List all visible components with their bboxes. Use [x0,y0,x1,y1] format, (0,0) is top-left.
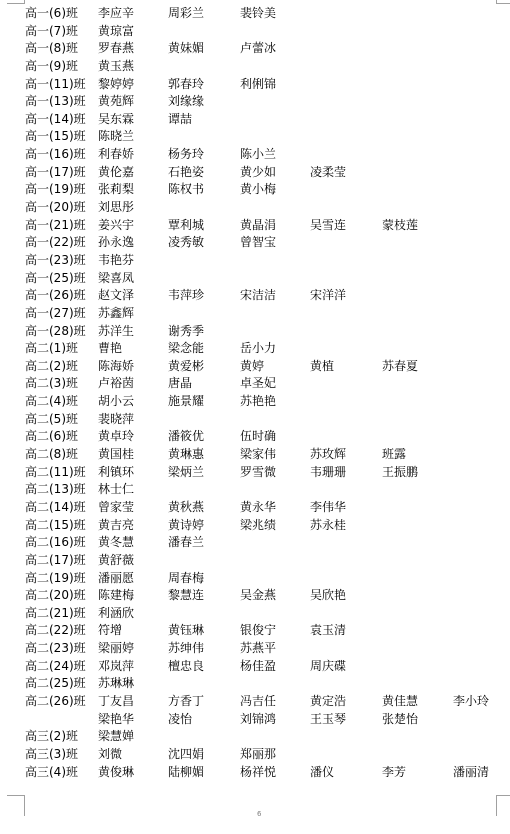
class-label: 高二(5)班 [25,411,78,429]
class-label: 高三(2)班 [25,728,78,746]
list-row: 高二(21)班利涵欣 [0,605,510,623]
student-name: 黄小梅 [240,181,276,199]
student-name: 银俊宁 [240,622,276,640]
class-label: 高一(20)班 [25,199,86,217]
student-name: 黄钰琳 [168,622,204,640]
student-name: 梁兆绩 [240,517,276,535]
student-name: 黄苑辉 [98,93,134,111]
student-name: 罗雪微 [240,464,276,482]
list-row: 高二(5)班裴晓萍 [0,411,510,429]
class-label: 高一(16)班 [25,146,86,164]
crop-mark-top-right [496,0,510,4]
student-name: 曾家莹 [98,499,134,517]
student-name: 陆柳媚 [168,764,204,782]
student-name: 施景耀 [168,393,204,411]
class-label: 高二(20)班 [25,587,86,605]
student-name: 岳小力 [240,340,276,358]
list-row: 高二(2)班陈海娇黄爱彬黄婷黄植苏春夏 [0,358,510,376]
student-name: 苏燕平 [240,640,276,658]
student-name: 刘思彤 [98,199,134,217]
student-name: 黄俊琳 [98,764,134,782]
class-label: 高一(26)班 [25,287,86,305]
student-name: 谭喆 [168,111,192,129]
student-name: 李应辛 [98,5,134,23]
class-label: 高二(26)班 [25,693,86,711]
student-name: 宋洁洁 [240,287,276,305]
student-name: 刘缘缘 [168,93,204,111]
list-row: 高二(26)班丁友昌方香丁冯吉任黄定浩黄佳慧李小玲 [0,693,510,711]
student-name: 刘锦鸿 [240,711,276,729]
student-name: 黄佳慧 [382,693,418,711]
student-name: 潘丽清 [453,764,489,782]
list-row: 高二(25)班苏琳琳 [0,675,510,693]
list-row: 高二(15)班黄吉亮黄诗婷梁兆绩苏永桂 [0,517,510,535]
student-name: 梁丽婷 [98,640,134,658]
student-name: 方香丁 [168,693,204,711]
list-row: 高一(19)班张莉梨陈权书黄小梅 [0,181,510,199]
list-row: 高二(11)班利镇环梁炳兰罗雪微韦珊珊王振鹏 [0,464,510,482]
student-name: 黄爱彬 [168,358,204,376]
class-label: 高二(1)班 [25,340,78,358]
student-name: 杨务玲 [168,146,204,164]
class-label: 高二(17)班 [25,552,86,570]
class-label: 高二(25)班 [25,675,86,693]
student-name: 冯吉任 [240,693,276,711]
student-name: 黎慧连 [168,587,204,605]
student-name: 李芳 [382,764,406,782]
list-row: 高二(19)班潘丽愿周春梅 [0,570,510,588]
list-row: 高二(20)班陈建梅黎慧连吴金燕吴欣艳 [0,587,510,605]
student-name: 李伟华 [310,499,346,517]
student-name: 韦珊珊 [310,464,346,482]
student-name: 陈小兰 [240,146,276,164]
list-row: 高一(13)班黄苑辉刘缘缘 [0,93,510,111]
student-name: 裴晓萍 [98,411,134,429]
list-row: 高一(26)班赵文泽韦萍珍宋洁洁宋洋洋 [0,287,510,305]
class-label: 高二(23)班 [25,640,86,658]
list-row: 高一(11)班黎婷婷郭春玲利俐锦 [0,76,510,94]
class-label: 高三(3)班 [25,746,78,764]
list-row: 高一(28)班苏洋生谢秀季 [0,323,510,341]
list-row: 高一(6)班李应辛周彩兰裴铃美 [0,5,510,23]
class-label: 高二(16)班 [25,534,86,552]
list-row: 高一(14)班吴东霖谭喆 [0,111,510,129]
student-name: 陈海娇 [98,358,134,376]
class-label: 高一(9)班 [25,58,78,76]
student-name: 黄玉燕 [98,58,134,76]
student-name: 王玉琴 [310,711,346,729]
student-name: 蒙枝莲 [382,217,418,235]
student-name: 苏春夏 [382,358,418,376]
student-name: 韦艳芬 [98,252,134,270]
class-label: 高一(14)班 [25,111,86,129]
class-label: 高二(2)班 [25,358,78,376]
class-label: 高一(8)班 [25,40,78,58]
student-name: 利俐锦 [240,76,276,94]
student-name: 梁慧婵 [98,728,134,746]
class-label: 高二(3)班 [25,375,78,393]
student-name: 苏艳艳 [240,393,276,411]
student-name: 黄琳惠 [168,446,204,464]
class-label: 高二(22)班 [25,622,86,640]
student-name: 杨祥悦 [240,764,276,782]
student-name: 梁喜凤 [98,270,134,288]
student-name: 梁家伟 [240,446,276,464]
student-name: 赵文泽 [98,287,134,305]
student-name: 唐晶 [168,375,192,393]
list-row: 高一(17)班黄伦嘉石艳姿黄少如凌柔莹 [0,164,510,182]
student-name: 沈四娟 [168,746,204,764]
list-row: 高一(16)班利春娇杨务玲陈小兰 [0,146,510,164]
crop-mark-top-left [7,0,25,4]
list-row: 高一(20)班刘思彤 [0,199,510,217]
student-name: 曾智宝 [240,234,276,252]
student-name: 黄秋燕 [168,499,204,517]
list-row: 高二(24)班邓岚萍檀忠良杨佳盈周庆碟 [0,658,510,676]
list-row: 高二(14)班曾家莹黄秋燕黄永华李伟华 [0,499,510,517]
class-label: 高一(21)班 [25,217,86,235]
list-row: 高二(22)班符增黄钰琳银俊宁袁玉清 [0,622,510,640]
student-name: 吴雪连 [310,217,346,235]
crop-mark-bottom-right [496,795,510,816]
list-row: 高一(27)班苏鑫辉 [0,305,510,323]
student-name: 黄国桂 [98,446,134,464]
class-label: 高二(6)班 [25,428,78,446]
student-name: 梁艳华 [98,711,134,729]
student-name: 卢蕾冰 [240,40,276,58]
list-row: 高一(15)班陈晓兰 [0,128,510,146]
student-name: 刘微 [98,746,122,764]
student-name: 梁念能 [168,340,204,358]
student-name: 丁友昌 [98,693,134,711]
class-label: 高二(24)班 [25,658,86,676]
student-name: 黄永华 [240,499,276,517]
student-name: 郑丽那 [240,746,276,764]
list-row: 高一(22)班孙永逸凌秀敏曾智宝 [0,234,510,252]
student-name: 黄吉亮 [98,517,134,535]
student-name: 张楚怡 [382,711,418,729]
student-name: 利春娇 [98,146,134,164]
list-row: 高一(7)班黄琼富 [0,23,510,41]
class-name-list: 高一(6)班李应辛周彩兰裴铃美高一(7)班黄琼富高一(8)班罗春燕黄妹媚卢蕾冰高… [0,5,510,781]
student-name: 黄定浩 [310,693,346,711]
student-name: 黄冬慧 [98,534,134,552]
student-name: 杨佳盈 [240,658,276,676]
list-row: 梁艳华凌怡刘锦鸿王玉琴张楚怡 [0,711,510,729]
class-label: 高一(13)班 [25,93,86,111]
student-name: 王振鹏 [382,464,418,482]
class-label: 高二(13)班 [25,481,86,499]
student-name: 裴铃美 [240,5,276,23]
list-row: 高二(13)班林士仁 [0,481,510,499]
list-row: 高三(2)班梁慧婵 [0,728,510,746]
class-label: 高一(15)班 [25,128,86,146]
class-label: 高一(28)班 [25,323,86,341]
class-label: 高一(23)班 [25,252,86,270]
student-name: 袁玉清 [310,622,346,640]
student-name: 班露 [382,446,406,464]
student-name: 苏绅伟 [168,640,204,658]
student-name: 陈建梅 [98,587,134,605]
student-name: 邓岚萍 [98,658,134,676]
student-name: 林士仁 [98,481,134,499]
student-name: 黄舒薇 [98,552,134,570]
list-row: 高二(3)班卢裕茵唐晶卓圣妃 [0,375,510,393]
student-name: 卢裕茵 [98,375,134,393]
list-row: 高一(8)班罗春燕黄妹媚卢蕾冰 [0,40,510,58]
student-name: 黄卓玲 [98,428,134,446]
student-name: 周庆碟 [310,658,346,676]
student-name: 郭春玲 [168,76,204,94]
list-row: 高一(9)班黄玉燕 [0,58,510,76]
list-row: 高二(16)班黄冬慧潘春兰 [0,534,510,552]
student-name: 凌秀敏 [168,234,204,252]
student-name: 宋洋洋 [310,287,346,305]
list-row: 高二(23)班梁丽婷苏绅伟苏燕平 [0,640,510,658]
list-row: 高一(23)班韦艳芬 [0,252,510,270]
class-label: 高二(14)班 [25,499,86,517]
list-row: 高一(25)班梁喜凤 [0,270,510,288]
class-label: 高二(21)班 [25,605,86,623]
list-row: 高三(4)班黄俊琳陆柳媚杨祥悦潘仪李芳潘丽清 [0,764,510,782]
student-name: 黄少如 [240,164,276,182]
list-row: 高一(21)班姜兴宇覃利城黄晶涓吴雪连蒙枝莲 [0,217,510,235]
class-label: 高一(19)班 [25,181,86,199]
student-name: 黄婷 [240,358,264,376]
list-row: 高二(1)班曹艳梁念能岳小力 [0,340,510,358]
class-label: 高一(6)班 [25,5,78,23]
class-label: 高二(15)班 [25,517,86,535]
list-row: 高二(8)班黄国桂黄琳惠梁家伟苏玫辉班露 [0,446,510,464]
class-label: 高一(17)班 [25,164,86,182]
student-name: 曹艳 [98,340,122,358]
list-row: 高二(4)班胡小云施景耀苏艳艳 [0,393,510,411]
student-name: 吴欣艳 [310,587,346,605]
student-name: 潘筱优 [168,428,204,446]
student-name: 覃利城 [168,217,204,235]
student-name: 黄琼富 [98,23,134,41]
student-name: 潘丽愿 [98,570,134,588]
student-name: 李小玲 [453,693,489,711]
class-label: 高一(22)班 [25,234,86,252]
class-label: 高一(7)班 [25,23,78,41]
class-label: 高二(8)班 [25,446,78,464]
student-name: 苏鑫辉 [98,305,134,323]
class-label: 高一(25)班 [25,270,86,288]
class-label: 高二(4)班 [25,393,78,411]
document-page: 高一(6)班李应辛周彩兰裴铃美高一(7)班黄琼富高一(8)班罗春燕黄妹媚卢蕾冰高… [0,0,510,834]
student-name: 黎婷婷 [98,76,134,94]
student-name: 苏永桂 [310,517,346,535]
student-name: 卓圣妃 [240,375,276,393]
student-name: 利镇环 [98,464,134,482]
class-label: 高一(27)班 [25,305,86,323]
student-name: 潘春兰 [168,534,204,552]
student-name: 苏琳琳 [98,675,134,693]
class-label: 高二(11)班 [25,464,86,482]
student-name: 吴东霖 [98,111,134,129]
page-number: 6 [257,810,261,818]
student-name: 韦萍珍 [168,287,204,305]
student-name: 凌怡 [168,711,192,729]
student-name: 黄妹媚 [168,40,204,58]
student-name: 黄植 [310,358,334,376]
student-name: 谢秀季 [168,323,204,341]
student-name: 张莉梨 [98,181,134,199]
list-row: 高二(6)班黄卓玲潘筱优伍时确 [0,428,510,446]
student-name: 孙永逸 [98,234,134,252]
student-name: 符增 [98,622,122,640]
list-row: 高二(17)班黄舒薇 [0,552,510,570]
student-name: 陈晓兰 [98,128,134,146]
student-name: 利涵欣 [98,605,134,623]
student-name: 伍时确 [240,428,276,446]
student-name: 凌柔莹 [310,164,346,182]
student-name: 潘仪 [310,764,334,782]
class-label: 高一(11)班 [25,76,86,94]
student-name: 黄晶涓 [240,217,276,235]
student-name: 胡小云 [98,393,134,411]
class-label: 高二(19)班 [25,570,86,588]
student-name: 石艳姿 [168,164,204,182]
list-row: 高三(3)班刘微沈四娟郑丽那 [0,746,510,764]
student-name: 陈权书 [168,181,204,199]
student-name: 罗春燕 [98,40,134,58]
student-name: 苏玫辉 [310,446,346,464]
crop-mark-bottom-left [7,795,25,816]
student-name: 苏洋生 [98,323,134,341]
class-label: 高三(4)班 [25,764,78,782]
student-name: 黄伦嘉 [98,164,134,182]
student-name: 吴金燕 [240,587,276,605]
student-name: 周春梅 [168,570,204,588]
student-name: 梁炳兰 [168,464,204,482]
student-name: 黄诗婷 [168,517,204,535]
student-name: 姜兴宇 [98,217,134,235]
student-name: 周彩兰 [168,5,204,23]
student-name: 檀忠良 [168,658,204,676]
